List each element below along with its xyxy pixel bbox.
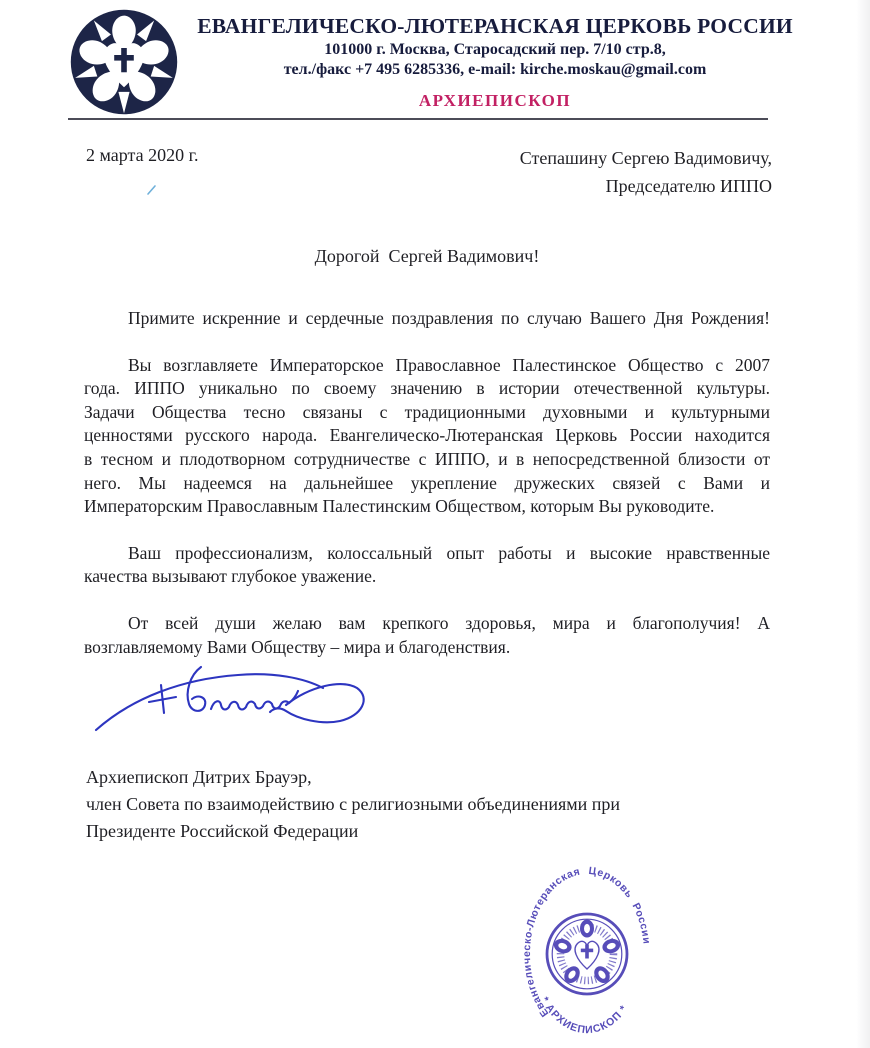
signature-rauer xyxy=(211,691,298,709)
addressee-line: Степашину Сергею Вадимовичу, xyxy=(520,145,772,173)
body-line: ценностями русского народа. Евангелическ… xyxy=(84,424,770,448)
official-stamp: Евангелическо-Лютеранская Церковь России… xyxy=(477,854,697,1048)
org-name: ЕВАНГЕЛИЧЕСКО-ЛЮТЕРАНСКАЯ ЦЕРКОВЬ РОССИИ xyxy=(173,13,817,40)
signer-role: член Совета по взаимодействию с религиоз… xyxy=(86,791,620,818)
scan-edge-shadow xyxy=(856,0,870,1048)
letter-body: Примите искренние и сердечные поздравлен… xyxy=(84,307,770,682)
addressee-line: Председателю ИППО xyxy=(520,173,772,201)
body-line: От всей души желаю вам крепкого здоровья… xyxy=(84,612,770,636)
header-divider xyxy=(68,118,768,120)
addressee-block: Степашину Сергею Вадимовичу, Председател… xyxy=(520,145,772,200)
stamp-bottom-text: * АРХИЕПИСКОП * xyxy=(538,995,630,1036)
body-line: года. ИППО уникально по своему значению … xyxy=(84,377,770,401)
body-line: Ваш профессионализм, колоссальный опыт р… xyxy=(84,542,770,566)
body-line: него. Мы надеемся на дальнейшее укреплен… xyxy=(84,472,770,496)
handwritten-signature xyxy=(90,656,380,752)
paragraph: Примите искренние и сердечные поздравлен… xyxy=(84,307,770,331)
signer-block: Архиепископ Дитрих Брауэр, член Совета п… xyxy=(86,764,620,845)
signer-name: Архиепископ Дитрих Брауэр, xyxy=(86,764,620,791)
stamp-ring-text: Евангелическо-Лютеранская Церковь России xyxy=(521,865,653,1019)
body-line: Вы возглавляете Императорское Православн… xyxy=(84,354,770,378)
signer-role: Президенте Российской Федерации xyxy=(86,818,620,845)
body-line: Императорским Православным Палестинским … xyxy=(84,495,770,519)
signature-cross-stroke xyxy=(161,685,164,713)
org-contacts: тел./факс +7 495 6285336, e-mail: kirche… xyxy=(173,60,817,80)
letterhead: ЕВАНГЕЛИЧЕСКО-ЛЮТЕРАНСКАЯ ЦЕРКОВЬ РОССИИ… xyxy=(173,13,817,111)
luther-rose-logo xyxy=(67,6,181,118)
ink-speck xyxy=(146,183,158,197)
body-line: Примите искренние и сердечные поздравлен… xyxy=(84,307,770,331)
org-address: 101000 г. Москва, Старосадский пер. 7/10… xyxy=(173,40,817,60)
body-line: качества вызывают глубокое уважение. xyxy=(84,565,770,589)
salutation: Дорогой Сергей Вадимович! xyxy=(84,246,770,267)
office-title: АРХИЕПИСКОП xyxy=(173,91,817,111)
paragraph: Вы возглавляете Императорское Православн… xyxy=(84,354,770,519)
signature-letter-b xyxy=(188,667,206,711)
paragraph: От всей души желаю вам крепкого здоровья… xyxy=(84,612,770,659)
body-line: Задачи Общества тесно связаны с традицио… xyxy=(84,401,770,425)
paragraph: Ваш профессионализм, колоссальный опыт р… xyxy=(84,542,770,589)
body-line: в тесном и плодотворном сотрудничестве с… xyxy=(84,448,770,472)
scanned-letter-page: ЕВАНГЕЛИЧЕСКО-ЛЮТЕРАНСКАЯ ЦЕРКОВЬ РОССИИ… xyxy=(0,0,870,1048)
letter-date: 2 марта 2020 г. xyxy=(86,145,198,166)
signature-flourish-loop xyxy=(270,684,364,722)
